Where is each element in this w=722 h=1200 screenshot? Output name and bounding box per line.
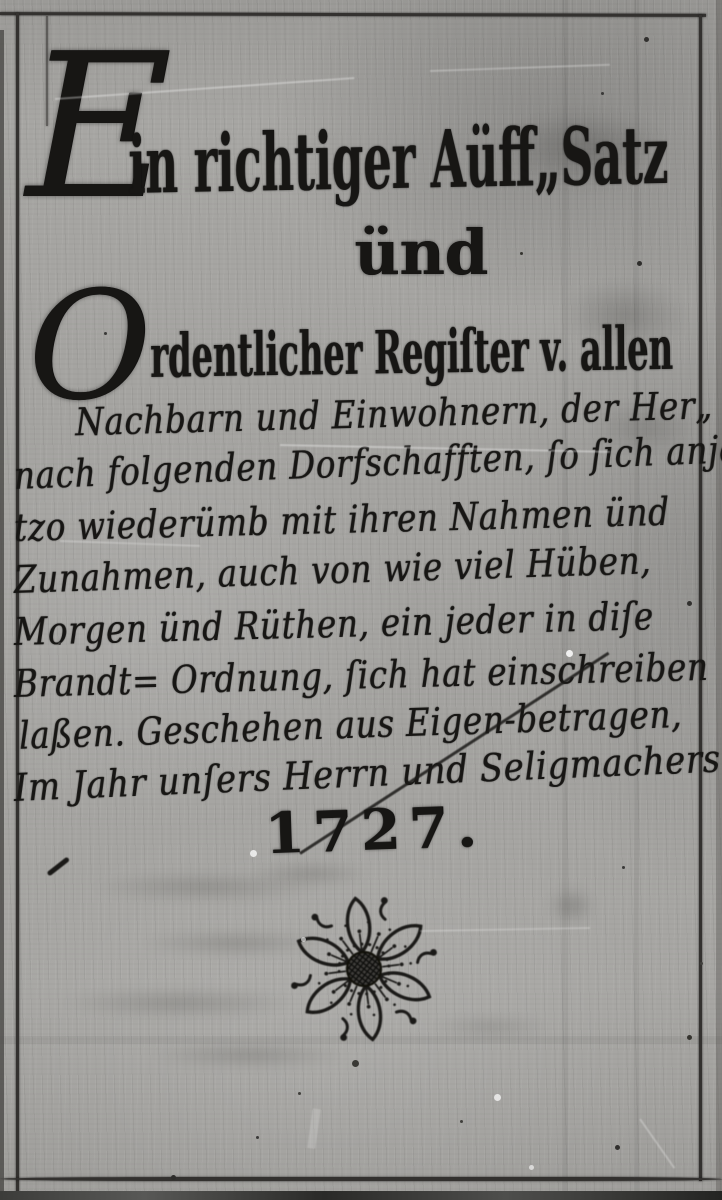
manuscript-photo: E in richtiger Aüff„Satz ünd O rdentlich… [0, 0, 722, 1200]
white-specks [0, 0, 3, 3]
ink-smudge [500, 110, 670, 190]
ruled-border-bottom [0, 1177, 722, 1181]
photo-edge-bottom-bar [0, 1191, 722, 1200]
ink-smudge [548, 888, 594, 924]
six-petal-flower-icon [271, 880, 457, 1057]
ink-smudge [560, 280, 690, 350]
ink-smudge [590, 400, 700, 455]
flower-ornament [271, 880, 457, 1057]
body-text: Nachbarn und Einwohnern, der Her„ nach f… [14, 402, 714, 818]
photo-edge-left [0, 30, 4, 1200]
photo-edge-right [716, 0, 722, 1200]
